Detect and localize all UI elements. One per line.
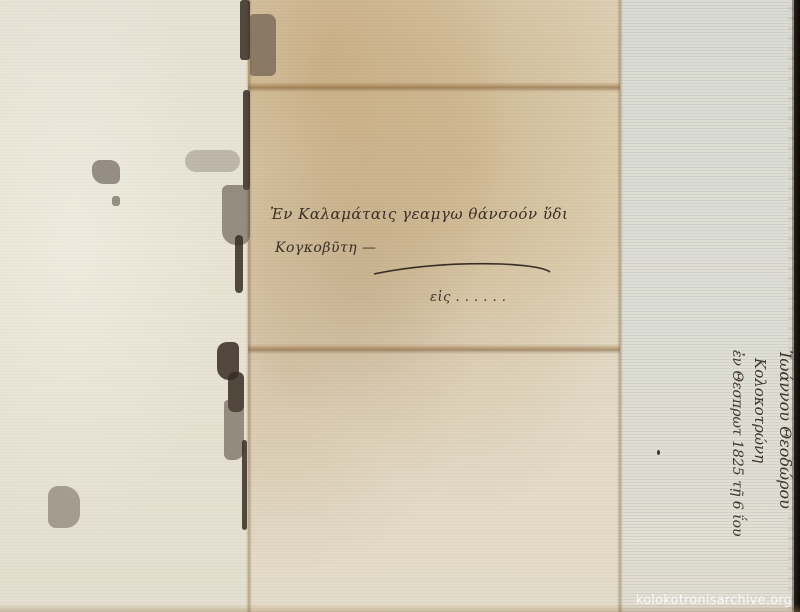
ink-stain [243,90,250,190]
ink-stain [250,14,276,76]
ink-stain [235,235,243,293]
ink-stain [240,0,250,60]
archive-watermark: kolokotronisarchive.org [636,593,792,608]
left-paper-panel [0,0,248,612]
fold-line-right [617,0,623,612]
address-line-3: εἰς . . . . . . [430,290,506,305]
pen-flourish [372,258,552,278]
ink-stain [224,400,244,460]
ink-dot [657,450,660,455]
fold-line-top [248,82,620,92]
margin-note-line-1: Ἰωάννου Θεοδώρου [769,350,795,537]
ink-smudge [185,150,240,172]
manuscript-scan: Ἐν Καλαμάταις γεαμγω θάνσοόν ὕδι Κογκοβῦ… [0,0,800,612]
margin-note-line-3: ἐν Θεσπρωτ 1825 τῇ 6 ΐου [723,350,745,537]
ink-blot [92,160,120,184]
address-line-1: Ἐν Καλαμάταις γεαμγω θάνσοόν ὕδι [270,205,568,223]
margin-note-vertical: Ἰωάννου Θεοδώρου Κολοκοτρώνη ἐν Θεσπρωτ … [723,350,795,537]
margin-note-line-2: Κολοκοτρώνη [745,350,769,537]
ink-blot [112,196,120,206]
fold-line-middle [248,344,620,354]
ink-blot [48,486,80,528]
address-line-2: Κογκοβῦτη — [275,240,377,256]
ink-stain [242,440,247,530]
